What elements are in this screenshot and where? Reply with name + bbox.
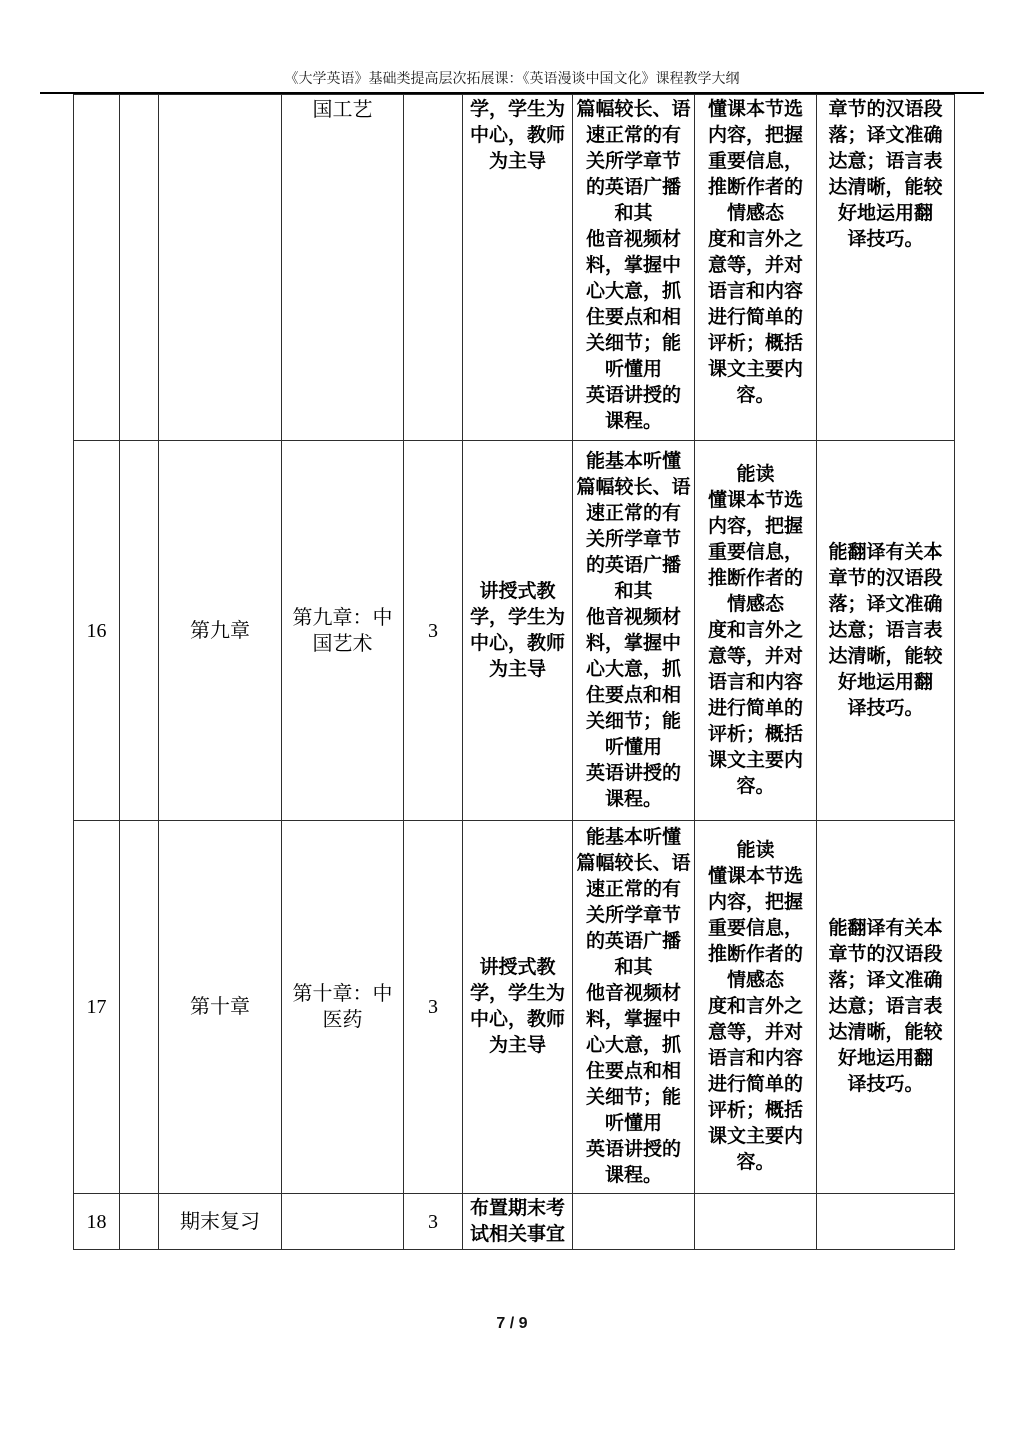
cell-hours: 3 bbox=[404, 441, 463, 821]
cell-hours bbox=[404, 95, 463, 441]
cell-hours: 3 bbox=[404, 1194, 463, 1250]
cell-objective-translation: 章节的汉语段 落；译文准确 达意；语言表 达清晰，能较 好地运用翻 译技巧。 bbox=[817, 95, 955, 441]
cell-week-no bbox=[74, 95, 120, 441]
table-row: 国工艺 学，学生为 中心，教师 为主导 篇幅较长、语 速正常的有 关所学章节 的… bbox=[74, 95, 955, 441]
cell-objective-listening: 能基本听懂 篇幅较长、语 速正常的有 关所学章节 的英语广播 和其 他音视频材 … bbox=[573, 821, 695, 1194]
cell-week-no: 16 bbox=[74, 441, 120, 821]
cell-chapter: 第九章 bbox=[159, 441, 282, 821]
table-row: 16 第九章 第九章：中 国艺术 3 讲授式教 学，学生为 中心，教师 为主导 … bbox=[74, 441, 955, 821]
table-row: 18 期末复习 3 布置期末考 试相关事宜 bbox=[74, 1194, 955, 1250]
cell-method: 学，学生为 中心，教师 为主导 bbox=[463, 95, 573, 441]
cell-chapter bbox=[159, 95, 282, 441]
cell-chapter: 期末复习 bbox=[159, 1194, 282, 1250]
cell-topic bbox=[282, 1194, 404, 1250]
cell-chapter: 第十章 bbox=[159, 821, 282, 1194]
cell-objective-translation: 能翻译有关本 章节的汉语段 落；译文准确 达意；语言表 达清晰，能较 好地运用翻… bbox=[817, 821, 955, 1194]
cell-objective-translation bbox=[817, 1194, 955, 1250]
cell-method: 讲授式教 学，学生为 中心，教师 为主导 bbox=[463, 441, 573, 821]
cell-spacer bbox=[120, 95, 159, 441]
cell-spacer bbox=[120, 1194, 159, 1250]
cell-objective-listening bbox=[573, 1194, 695, 1250]
cell-topic: 第九章：中 国艺术 bbox=[282, 441, 404, 821]
cell-objective-reading: 能读 懂课本节选 内容，把握 重要信息， 推断作者的 情感态 度和言外之 意等，… bbox=[695, 821, 817, 1194]
cell-week-no: 17 bbox=[74, 821, 120, 1194]
cell-week-no: 18 bbox=[74, 1194, 120, 1250]
page-number: 7 / 9 bbox=[0, 1315, 1024, 1333]
cell-method: 讲授式教 学，学生为 中心，教师 为主导 bbox=[463, 821, 573, 1194]
cell-hours: 3 bbox=[404, 821, 463, 1194]
cell-topic: 国工艺 bbox=[282, 95, 404, 441]
table-row: 17 第十章 第十章：中 医药 3 讲授式教 学，学生为 中心，教师 为主导 能… bbox=[74, 821, 955, 1194]
cell-spacer bbox=[120, 441, 159, 821]
cell-objective-listening: 篇幅较长、语 速正常的有 关所学章节 的英语广播 和其 他音视频材 料，掌握中 … bbox=[573, 95, 695, 441]
cell-spacer bbox=[120, 821, 159, 1194]
page-header-title: 《大学英语》基础类提高层次拓展课：《英语漫谈中国文化》课程教学大纲 bbox=[0, 70, 1024, 86]
cell-objective-listening: 能基本听懂 篇幅较长、语 速正常的有 关所学章节 的英语广播 和其 他音视频材 … bbox=[573, 441, 695, 821]
cell-objective-reading: 懂课本节选 内容，把握 重要信息， 推断作者的 情感态 度和言外之 意等，并对 … bbox=[695, 95, 817, 441]
cell-topic: 第十章：中 医药 bbox=[282, 821, 404, 1194]
cell-objective-translation: 能翻译有关本 章节的汉语段 落；译文准确 达意；语言表 达清晰，能较 好地运用翻… bbox=[817, 441, 955, 821]
syllabus-table: 国工艺 学，学生为 中心，教师 为主导 篇幅较长、语 速正常的有 关所学章节 的… bbox=[73, 94, 955, 1250]
cell-objective-reading: 能读 懂课本节选 内容，把握 重要信息， 推断作者的 情感态 度和言外之 意等，… bbox=[695, 441, 817, 821]
cell-method: 布置期末考 试相关事宜 bbox=[463, 1194, 573, 1250]
document-page: 《大学英语》基础类提高层次拓展课：《英语漫谈中国文化》课程教学大纲 国工艺 学，… bbox=[0, 0, 1024, 1447]
cell-objective-reading bbox=[695, 1194, 817, 1250]
